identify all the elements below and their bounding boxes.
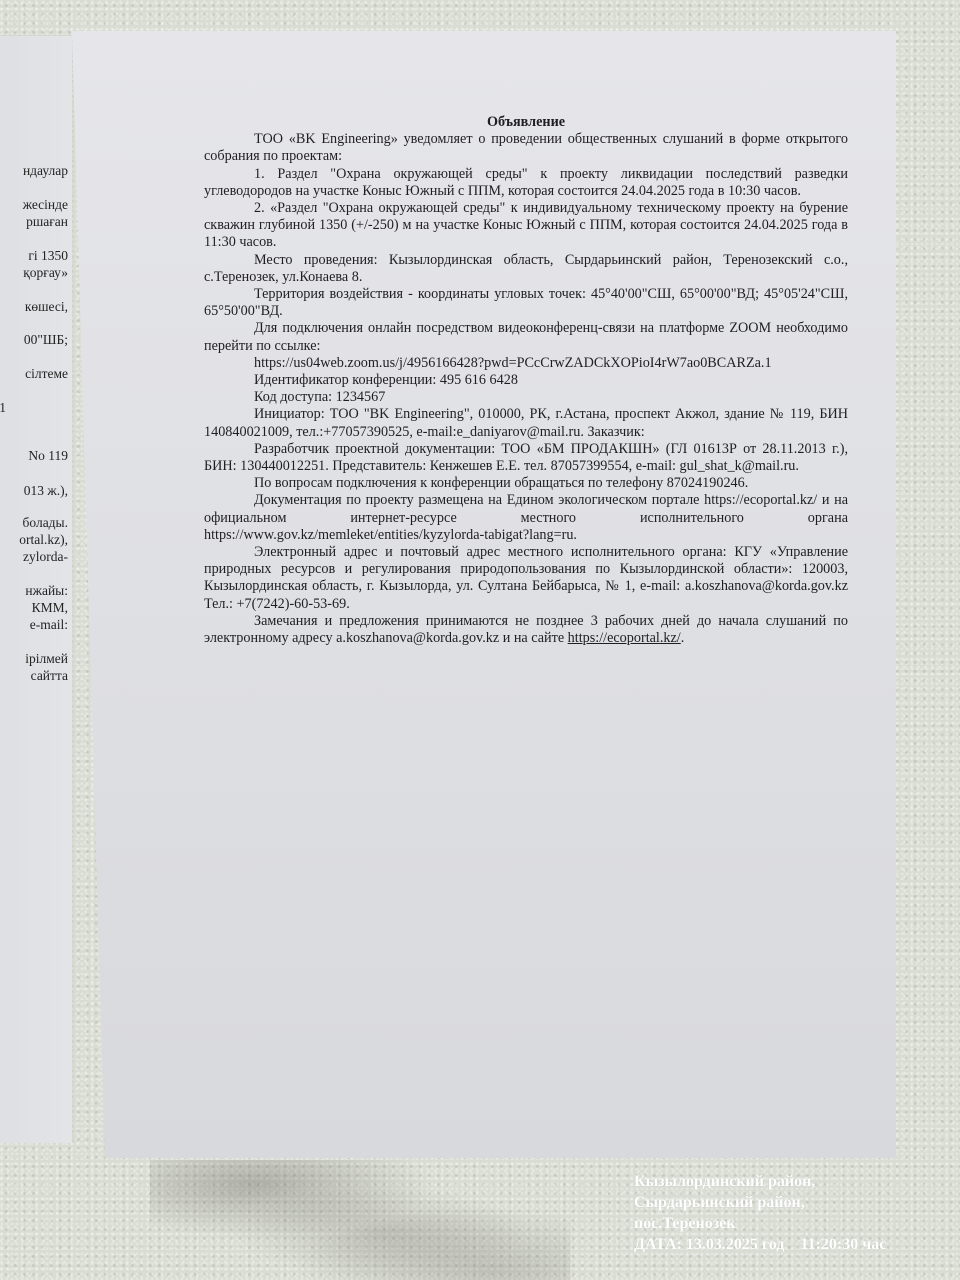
stamp-line-2: Сырдарьинский район, — [634, 1192, 886, 1213]
left-fragment: 013 ж.), — [24, 483, 68, 499]
impact-territory: Территория воздействия - координаты угло… — [204, 286, 848, 320]
left-fragment: болады. — [23, 515, 68, 531]
ecoportal-link[interactable]: https://ecoportal.kz/ — [568, 630, 681, 646]
left-fragment: жесінде — [23, 197, 68, 213]
venue: Место проведения: Кызылординская область… — [204, 252, 848, 286]
photo-location-stamp: Кызылординский район,Сырдарьинский район… — [634, 1171, 886, 1255]
initiator: Инициатор: ТОО "BK Engineering", 010000,… — [204, 406, 848, 440]
project-item-1: 1. Раздел "Охрана окружающей среды" к пр… — [204, 166, 848, 200]
left-sheet-kazakh: ндаулар жесінде ршаған гі 1350 қорғау» к… — [0, 36, 72, 1143]
notice-intro: ТОО «BK Engineering» уведомляет о провед… — [204, 131, 848, 165]
stamp-line-4: ДАТА: 13.03.2025 год 11:20:30 час — [634, 1234, 886, 1255]
left-fragment: e-mail: — [30, 617, 68, 633]
developer: Разработчик проектной документации: ТОО … — [204, 441, 848, 475]
stamp-line-3: пос.Теренозек — [634, 1213, 886, 1234]
left-fragment: zylorda- — [23, 549, 68, 565]
notice-document: Объявление ТОО «BK Engineering» уведомля… — [204, 114, 848, 647]
zoom-intro: Для подключения онлайн посредством видео… — [204, 320, 848, 354]
documentation: Документация по проекту размещена на Еди… — [204, 492, 848, 544]
left-fragment: сайтта — [31, 668, 68, 684]
left-fragment: 00"ШБ; — [24, 332, 68, 348]
authority-address: Электронный адрес и почтовый адрес местн… — [204, 544, 848, 613]
left-fragment: КММ, — [32, 600, 68, 616]
left-fragment: көшесі, — [25, 299, 68, 315]
left-fragment: гі 1350 — [28, 248, 68, 264]
left-fragment: ortal.kz), — [19, 532, 68, 548]
left-fragment: сілтеме — [25, 366, 68, 382]
left-fragment: қорғау» — [23, 265, 68, 281]
notice-title: Объявление — [204, 114, 848, 131]
left-fragment: 1 — [0, 400, 6, 416]
comments-end: . — [681, 630, 685, 646]
conference-id: Идентификатор конференции: 495 616 6428 — [204, 372, 848, 389]
zoom-link[interactable]: https://us04web.zoom.us/j/4956166428?pwd… — [204, 355, 848, 372]
left-fragment: ірілмей — [25, 651, 68, 667]
stamp-line-1: Кызылординский район, — [634, 1171, 886, 1192]
wall-stain — [150, 1160, 570, 1280]
access-code: Код доступа: 1234567 — [204, 389, 848, 406]
project-item-2: 2. «Раздел "Охрана окружающей среды" к и… — [204, 200, 848, 252]
comments-paragraph: Замечания и предложения принимаются не п… — [204, 613, 848, 647]
left-fragment: ршаған — [26, 214, 68, 230]
support-phone: По вопросам подключения к конференции об… — [204, 475, 848, 492]
left-fragment: ндаулар — [23, 163, 68, 179]
comments-text: Замечания и предложения принимаются не п… — [204, 613, 848, 646]
left-fragment: No 119 — [28, 448, 68, 464]
left-fragment: нжайы: — [25, 583, 68, 599]
